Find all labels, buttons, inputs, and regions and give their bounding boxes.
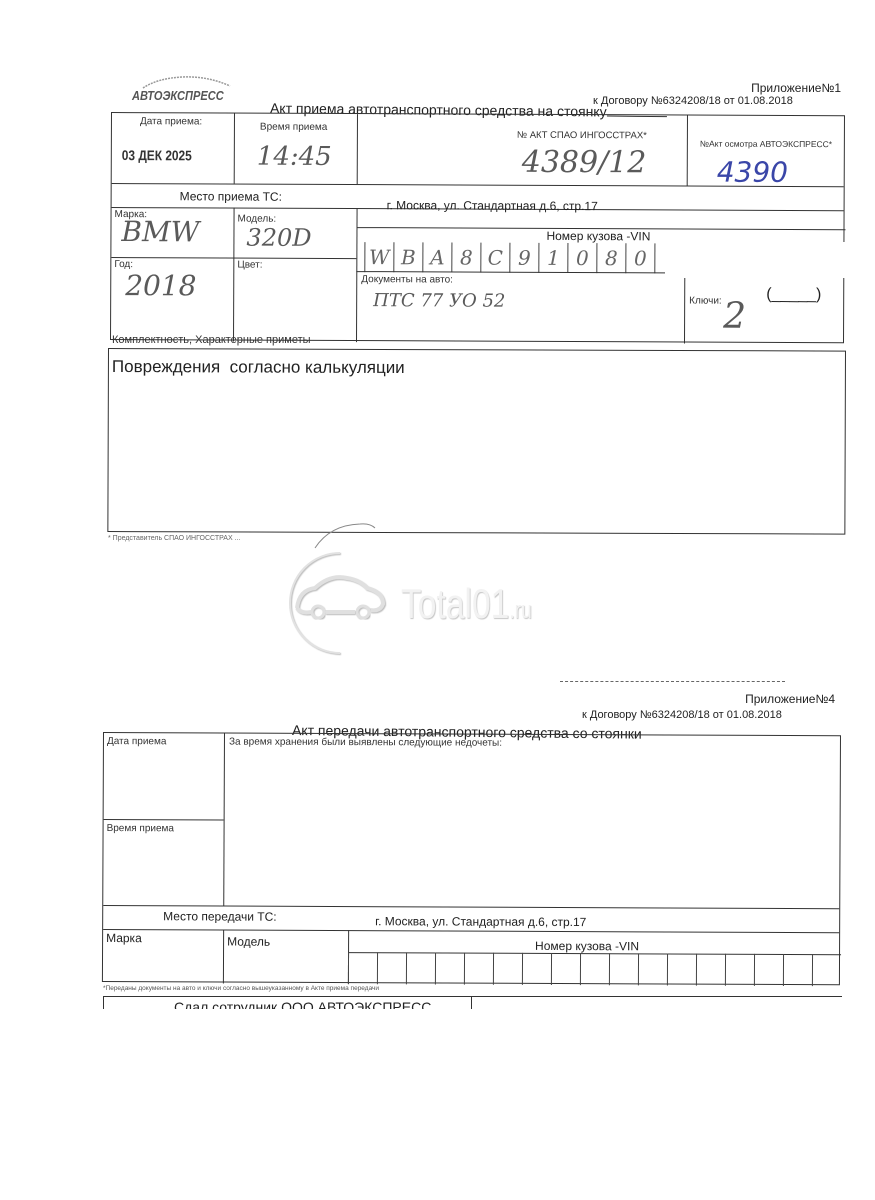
keys-extra: (_____) — [766, 286, 821, 304]
place-value: г. Москва, ул. Стандартная д.6, стр.17 — [387, 198, 598, 213]
redaction-patch — [665, 242, 855, 278]
vin-cell[interactable] — [696, 954, 725, 986]
release-time-label: Время приема — [107, 823, 174, 834]
vin-grid: WBA8C91080 — [364, 242, 664, 273]
vin-cell[interactable]: A — [422, 242, 451, 272]
place-label: Место приема ТС: — [180, 189, 282, 203]
release-date-label: Дата приема — [107, 736, 167, 747]
release-make-label: Марка — [106, 931, 142, 945]
release-vin-label: Номер кузова -VIN — [535, 939, 639, 953]
vin-cell[interactable] — [377, 952, 406, 984]
date-label: Дата приема: — [140, 116, 202, 127]
vin-cell[interactable] — [725, 954, 754, 986]
appendix-label: Приложение№1 — [751, 81, 841, 95]
appendix-label-2: Приложение№4 — [745, 692, 835, 706]
watermark-text: Total01.ru — [401, 580, 532, 628]
vin-cell[interactable] — [812, 954, 841, 986]
vin-cell[interactable] — [551, 953, 580, 985]
vin-cell[interactable] — [348, 952, 377, 984]
vin-cell[interactable]: W — [364, 242, 393, 272]
color-label: Цвет: — [237, 260, 262, 271]
time-value[interactable]: 14:45 — [257, 142, 332, 172]
avtoexpress-act-label: №Акт осмотра АВТОЭКСПРЕСС* — [700, 139, 832, 150]
vin-cell[interactable] — [667, 953, 696, 985]
vin-cell[interactable] — [638, 953, 667, 985]
form2-footnote: *Переданы документы на авто и ключи согл… — [103, 985, 379, 992]
vin-label: Номер кузова -VIN — [546, 229, 650, 243]
vin-cell[interactable]: 8 — [596, 243, 625, 273]
ingosstrakh-act-value[interactable]: 4389/12 — [522, 145, 647, 181]
vin-cell[interactable] — [406, 952, 435, 984]
cut-line — [560, 681, 785, 682]
vin-cell[interactable]: 8 — [451, 242, 480, 272]
vin-cell[interactable]: 9 — [509, 243, 538, 273]
avtoexpress-act-value[interactable]: 4390 — [717, 156, 788, 189]
vin-cell[interactable] — [654, 243, 655, 273]
avtoexpress-logo: АВТОЭКСПРЕСС — [130, 74, 240, 110]
defects-field[interactable] — [225, 752, 838, 907]
date-stamp[interactable]: 03 ДЕК 2025 — [122, 147, 192, 163]
vin-cell[interactable] — [754, 954, 783, 986]
vin-cell[interactable] — [493, 953, 522, 985]
vin-cell[interactable] — [580, 953, 609, 985]
vin-cell[interactable]: 1 — [538, 243, 567, 273]
redaction-patch-top — [360, 118, 510, 182]
release-vin-grid — [348, 952, 841, 986]
signature-label: Сдал сотрудник ООО АВТОЭКСПРЕСС — [174, 999, 431, 1009]
completeness-box: Повреждения согласно калькуляции — [107, 348, 846, 535]
vin-cell[interactable] — [522, 953, 551, 985]
vin-cell[interactable]: C — [480, 243, 509, 273]
signature-section: Сдал сотрудник ООО АВТОЭКСПРЕСС — [103, 996, 842, 1009]
vin-cell[interactable] — [464, 953, 493, 985]
vin-cell[interactable]: 0 — [567, 243, 596, 273]
defects-label: За время хранения были выявлены следующи… — [229, 737, 502, 749]
release-place-label: Место передачи ТС: — [163, 909, 277, 923]
release-model-label: Модель — [227, 935, 270, 949]
vin-cell[interactable] — [783, 954, 812, 986]
model-value[interactable]: 320D — [246, 224, 311, 252]
form1-footnote: * Представитель СПАО ИНГОССТРАХ ... — [108, 535, 240, 542]
keys-value[interactable]: 2 — [723, 296, 746, 337]
year-value[interactable]: 2018 — [125, 269, 196, 302]
release-place-value: г. Москва, ул. Стандартная д.6, стр.17 — [375, 914, 586, 929]
logo-text: АВТОЭКСПРЕСС — [132, 88, 224, 103]
vin-cell[interactable]: 0 — [625, 243, 654, 273]
make-value[interactable]: BMW — [121, 215, 199, 248]
watermark: Total01.ru — [285, 548, 605, 658]
completeness-value[interactable]: Повреждения согласно калькуляции — [112, 357, 405, 378]
time-label: Время приема — [260, 122, 327, 133]
ingosstrakh-act-label: № АКТ СПАО ИНГОССТРАХ* — [517, 130, 647, 142]
documents-label: Документы на авто: — [361, 274, 453, 285]
signature-scribble — [310, 520, 390, 550]
vin-cell[interactable] — [609, 953, 638, 985]
contract-reference-2: к Договору №6324208/18 от 01.08.2018 — [582, 709, 782, 721]
car-logo-icon — [285, 548, 395, 658]
vin-cell[interactable]: B — [393, 242, 422, 272]
release-table: Дата приема Время приема За время хранен… — [102, 732, 841, 985]
completeness-label: Комплектность, Характерные приметы — [112, 334, 311, 346]
documents-value[interactable]: ПТС 77 УО 52 — [373, 290, 505, 312]
keys-label: Ключи: — [689, 296, 722, 307]
vin-cell[interactable] — [435, 952, 464, 984]
